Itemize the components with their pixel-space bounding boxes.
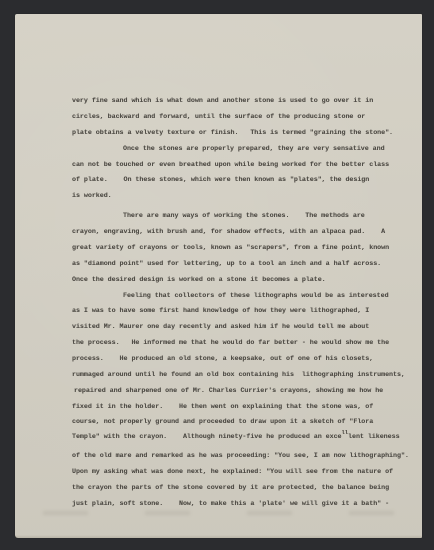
text-line: visited Mr. Maurer one day recently and … [72, 323, 369, 331]
text-line: the crayon the parts of the stone covere… [72, 484, 389, 492]
text-line: as "diamond point" used for lettering, u… [72, 260, 381, 268]
text-line: rummaged around until he found an old bo… [72, 371, 405, 379]
text-line: repaired and sharpened one of Mr. Charle… [74, 387, 383, 395]
text-line: crayon, engraving, with brush and, for s… [72, 228, 385, 236]
text-line: circles, backward and forward, until the… [72, 113, 365, 121]
text-line: Once the desired design is worked on a s… [72, 276, 326, 284]
text-line: as I was to have some first hand knowled… [72, 307, 369, 315]
show-through-marks [15, 511, 422, 521]
text-line: great variety of crayons or tools, known… [72, 244, 389, 252]
text-segment: lent likeness [348, 433, 400, 441]
text-line: of plate. On these stones, which were th… [72, 176, 369, 184]
paper-edge-shadow [15, 535, 422, 538]
paragraph-start-line: There are many ways of working the stone… [123, 212, 365, 220]
document-page: very fine sand which is what down and an… [15, 14, 422, 538]
text-line: the process. He informed me that he woul… [72, 339, 389, 347]
text-line: can not be touched or even breathed upon… [72, 161, 389, 169]
text-line: very fine sand which is what down and an… [72, 97, 373, 105]
paragraph-start-line: Feeling that collectors of these lithogr… [123, 292, 389, 300]
text-line: fixed it in the holder. He then went on … [72, 403, 373, 411]
typewritten-text-body: very fine sand which is what down and an… [15, 14, 422, 538]
typed-correction-superscript: ll [342, 429, 349, 436]
text-segment: Temple" with the crayon. Although ninety… [72, 433, 342, 441]
text-line: is worked. [72, 192, 112, 200]
text-line: process. He produced an old stone, a kee… [72, 355, 373, 363]
text-line: plate obtains a velvety texture or finis… [72, 129, 393, 137]
text-line: just plain, soft stone. Now, to make thi… [72, 500, 389, 508]
text-line-with-correction: Temple" with the crayon. Although ninety… [72, 433, 400, 441]
text-line: course, not properly ground and proceede… [72, 418, 373, 426]
text-line: Upon my asking what was done next, he ex… [72, 468, 393, 476]
text-line: of the old mare and remarked as he was p… [72, 452, 409, 460]
paragraph-start-line: Once the stones are properly prepared, t… [123, 145, 385, 153]
